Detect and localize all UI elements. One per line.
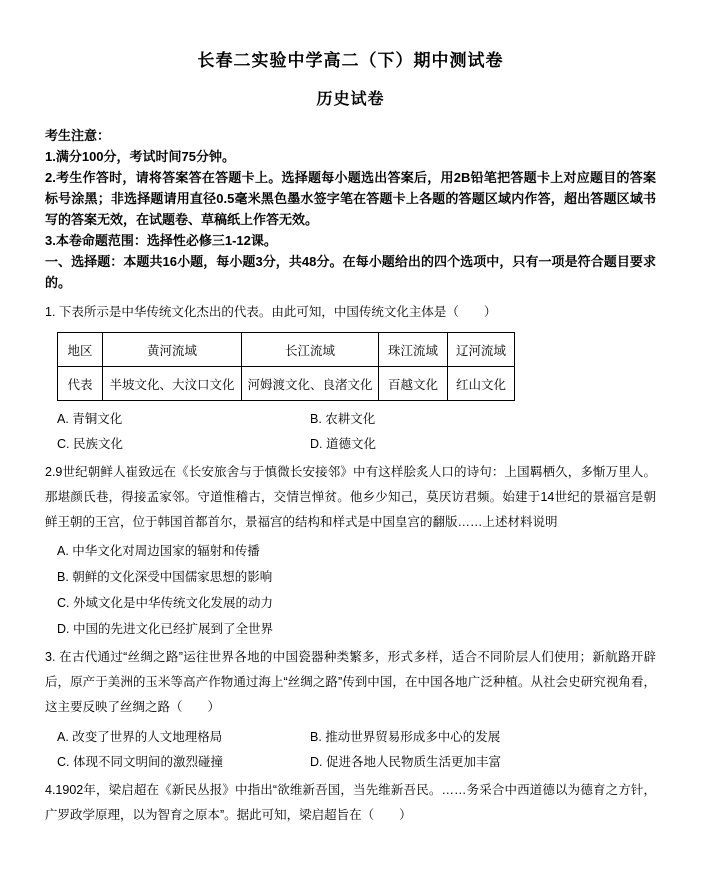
question-3-option-a: A. 改变了世界的人文地理格局 bbox=[57, 725, 310, 750]
question-2-option-b: B. 朝鲜的文化深受中国儒家思想的影响 bbox=[57, 564, 656, 590]
table-cell: 珠江流域 bbox=[379, 333, 448, 367]
page-title: 长春二实验中学高二（下）期中测试卷 bbox=[45, 46, 656, 71]
question-3-options: A. 改变了世界的人文地理格局 B. 推动世界贸易形成多中心的发展 C. 体现不… bbox=[57, 725, 656, 775]
table-cell: 辽河流域 bbox=[448, 333, 515, 367]
question-4: 4.1902年，梁启超在《新民丛报》中指出“欲维新吾国，当先维新吾民。……务采合… bbox=[45, 778, 656, 828]
question-1: 1. 下表所示是中华传统文化杰出的代表。由此可知，中国传统文化主体是（ ） 地区… bbox=[45, 300, 656, 457]
question-1-option-b: B. 农耕文化 bbox=[310, 407, 656, 432]
question-3-option-d: D. 促进各地人民物质生活更加丰富 bbox=[310, 750, 656, 775]
question-2-option-c: C. 外域文化是中华传统文化发展的动力 bbox=[57, 590, 656, 616]
question-1-stem: 1. 下表所示是中华传统文化杰出的代表。由此可知，中国传统文化主体是（ ） bbox=[45, 300, 656, 325]
table-cell: 红山文化 bbox=[448, 367, 515, 401]
exam-paper-page: 长春二实验中学高二（下）期中测试卷 历史试卷 考生注意： 1.满分100分，考试… bbox=[0, 0, 701, 877]
table-cell: 半坡文化、大汶口文化 bbox=[103, 367, 242, 401]
notice-item-1: 1.满分100分，考试时间75分钟。 bbox=[45, 146, 656, 167]
table-row-representative: 代表 半坡文化、大汶口文化 河姆渡文化、良渚文化 百越文化 红山文化 bbox=[58, 367, 515, 401]
question-2: 2.9世纪朝鲜人崔致远在《长安旅舍与于慎微长安接邻》中有这样脍炙人口的诗句：上国… bbox=[45, 460, 656, 642]
notice-item-3: 3.本卷命题范围：选择性必修三1-12课。 bbox=[45, 230, 656, 251]
table-cell: 河姆渡文化、良渚文化 bbox=[242, 367, 379, 401]
question-2-option-d: D. 中国的先进文化已经扩展到了全世界 bbox=[57, 616, 656, 642]
page-subtitle: 历史试卷 bbox=[45, 86, 656, 109]
question-2-stem: 2.9世纪朝鲜人崔致远在《长安旅舍与于慎微长安接邻》中有这样脍炙人口的诗句：上国… bbox=[45, 460, 656, 535]
table-row-region: 地区 黄河流域 长江流域 珠江流域 辽河流域 bbox=[58, 333, 515, 367]
question-1-table: 地区 黄河流域 长江流域 珠江流域 辽河流域 代表 半坡文化、大汶口文化 河姆渡… bbox=[57, 332, 515, 401]
table-cell: 百越文化 bbox=[379, 367, 448, 401]
question-1-options: A. 青铜文化 B. 农耕文化 C. 民族文化 D. 道德文化 bbox=[57, 407, 656, 457]
question-1-option-a: A. 青铜文化 bbox=[57, 407, 310, 432]
question-4-stem: 4.1902年，梁启超在《新民丛报》中指出“欲维新吾国，当先维新吾民。……务采合… bbox=[45, 778, 656, 828]
question-3: 3. 在古代通过“丝绸之路”运往世界各地的中国瓷器种类繁多，形式多样，适合不同阶… bbox=[45, 645, 656, 775]
question-3-option-c: C. 体现不同文明间的激烈碰撞 bbox=[57, 750, 310, 775]
question-1-option-d: D. 道德文化 bbox=[310, 432, 656, 457]
table-cell: 地区 bbox=[58, 333, 103, 367]
table-cell: 黄河流域 bbox=[103, 333, 242, 367]
question-3-stem: 3. 在古代通过“丝绸之路”运往世界各地的中国瓷器种类繁多，形式多样，适合不同阶… bbox=[45, 645, 656, 720]
question-2-option-a: A. 中华文化对周边国家的辐射和传播 bbox=[57, 538, 656, 564]
table-cell: 长江流域 bbox=[242, 333, 379, 367]
question-3-option-b: B. 推动世界贸易形成多中心的发展 bbox=[310, 725, 656, 750]
question-1-option-c: C. 民族文化 bbox=[57, 432, 310, 457]
table-cell: 代表 bbox=[58, 367, 103, 401]
section-header-choice: 一、选择题：本题共16小题，每小题3分，共48分。在每小题给出的四个选项中，只有… bbox=[45, 251, 656, 293]
notice-section: 考生注意： 1.满分100分，考试时间75分钟。 2.考生作答时，请将答案答在答… bbox=[45, 125, 656, 293]
notice-item-2: 2.考生作答时，请将答案答在答题卡上。选择题每小题选出答案后，用2B铅笔把答题卡… bbox=[45, 167, 656, 230]
notice-heading: 考生注意： bbox=[45, 125, 656, 146]
question-2-options: A. 中华文化对周边国家的辐射和传播 B. 朝鲜的文化深受中国儒家思想的影响 C… bbox=[57, 538, 656, 642]
